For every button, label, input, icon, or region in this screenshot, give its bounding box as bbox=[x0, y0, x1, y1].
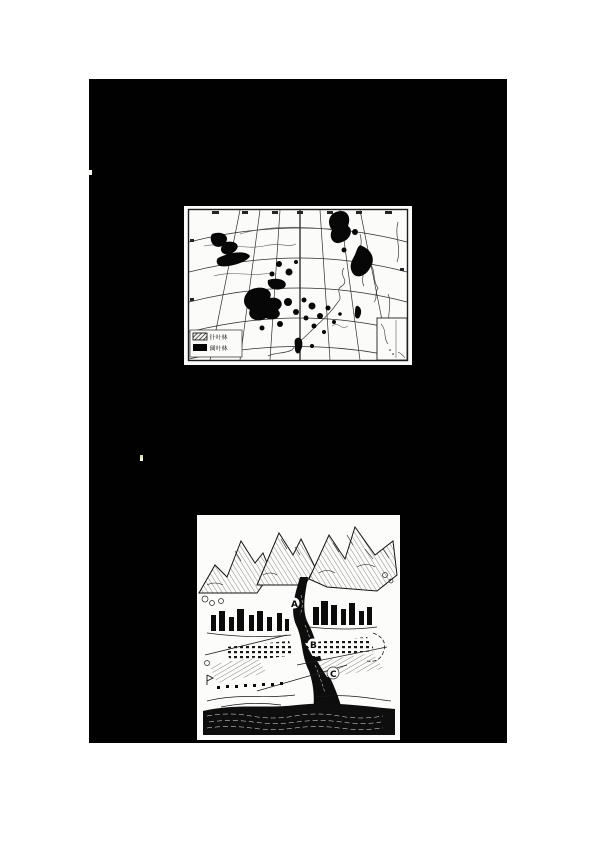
point-label-c: C bbox=[330, 670, 337, 680]
china-forest-map-figure: 针叶林 阔叶林 bbox=[184, 206, 412, 365]
valley-city-sketch-canvas: A B C bbox=[197, 515, 400, 740]
scan-artifact-tick bbox=[140, 455, 143, 461]
sketch-railway-dots bbox=[217, 682, 283, 689]
document-page: 针叶林 阔叶林 bbox=[0, 0, 595, 842]
legend-item-coniferous: 针叶林 bbox=[193, 333, 228, 342]
legend-swatch-solid bbox=[193, 344, 207, 351]
china-forest-map-canvas: 针叶林 阔叶林 bbox=[184, 206, 412, 365]
point-label-b: B bbox=[310, 641, 317, 651]
sketch-city-blocks bbox=[209, 637, 383, 683]
legend-swatch-hatched bbox=[193, 333, 207, 340]
map-legend: 针叶林 阔叶林 bbox=[190, 330, 242, 357]
map-inset-box bbox=[377, 318, 407, 360]
sketch-floodplain bbox=[207, 675, 391, 707]
valley-city-sketch-figure: A B C bbox=[197, 515, 400, 740]
sketch-mountains bbox=[199, 527, 397, 593]
point-label-a: A bbox=[291, 600, 298, 610]
scan-artifact-dot bbox=[89, 170, 92, 175]
legend-label-coniferous: 针叶林 bbox=[210, 334, 228, 342]
legend-label-broadleaf: 阔叶林 bbox=[210, 345, 228, 353]
sketch-dark-band bbox=[203, 704, 395, 735]
